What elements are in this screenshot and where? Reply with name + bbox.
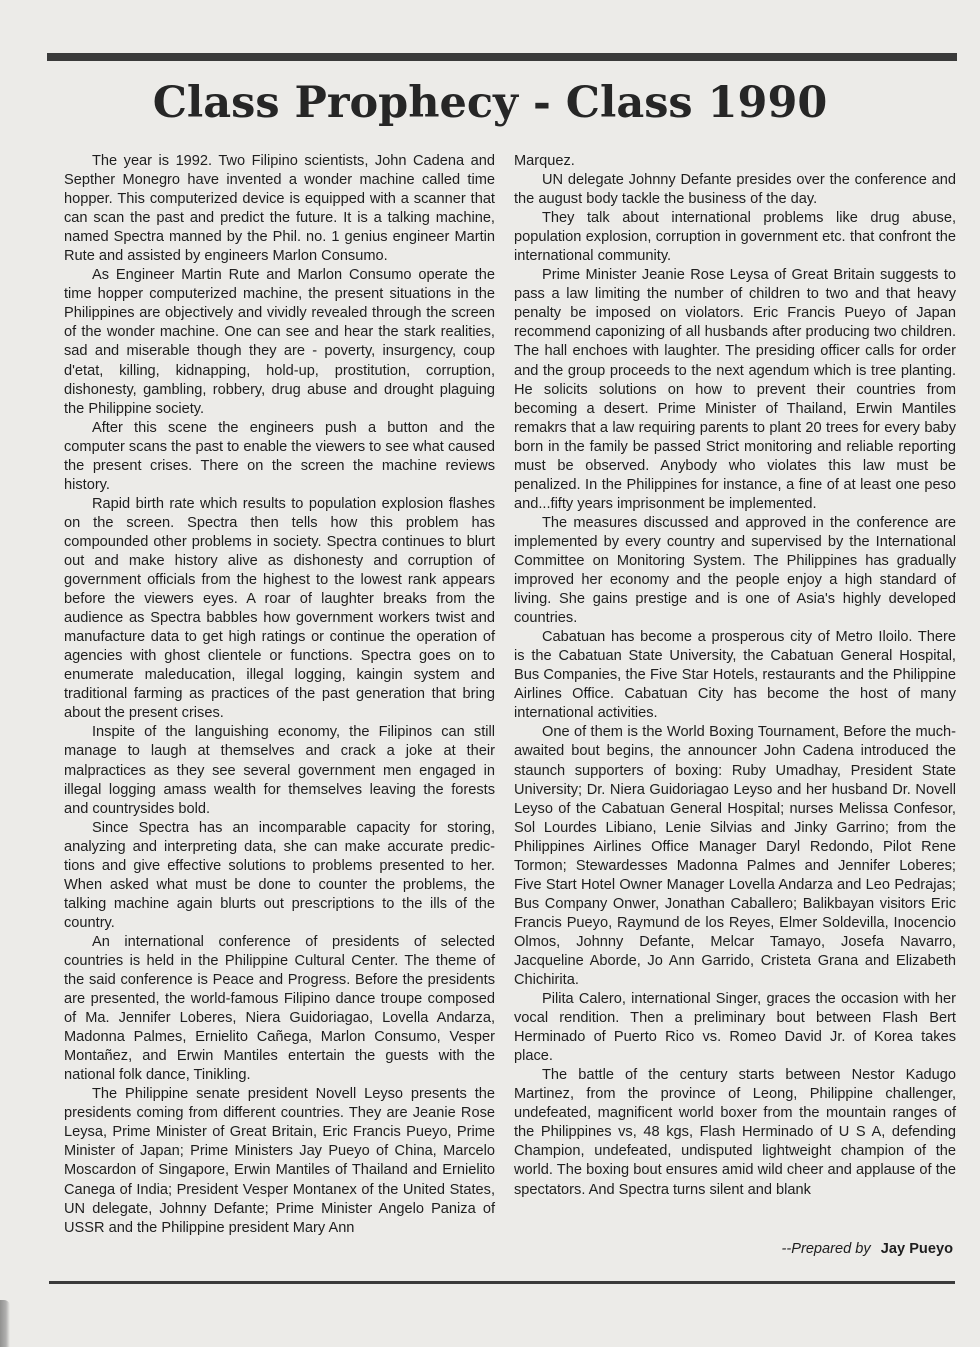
- paragraph: UN delegate Johnny Defante presides over…: [514, 171, 956, 209]
- paragraph-continuation: Marquez.: [514, 152, 956, 171]
- paragraph: The battle of the century starts between…: [514, 1066, 956, 1199]
- paragraph: After this scene the engineers push a bu…: [64, 419, 495, 495]
- scan-smudge: [0, 1300, 10, 1347]
- paragraph: Rapid birth rate which results to popula…: [64, 495, 495, 724]
- paragraph: The year is 1992. Two Filipino scientist…: [64, 152, 495, 266]
- signature-author: Jay Pueyo: [881, 1241, 953, 1257]
- paragraph: As Engineer Martin Rute and Marlon Consu…: [64, 266, 495, 418]
- paragraph: One of them is the World Boxing Tourname…: [514, 723, 956, 990]
- paragraph: The Philippine senate president Novell L…: [64, 1085, 495, 1237]
- paragraph: The measures discussed and approved in t…: [514, 514, 956, 628]
- yearbook-page: Class Prophecy - Class 1990 The year is …: [0, 0, 980, 1347]
- paragraph: Pilita Calero, international Singer, gra…: [514, 990, 956, 1066]
- paragraph: Inspite of the languishing economy, the …: [64, 723, 495, 818]
- page-title: Class Prophecy - Class 1990: [0, 78, 980, 128]
- right-column: Marquez. UN delegate Johnny Defante pres…: [514, 152, 956, 1200]
- paragraph: An international conference of president…: [64, 933, 495, 1085]
- left-column: The year is 1992. Two Filipino scientist…: [64, 152, 495, 1238]
- bottom-rule: [49, 1281, 955, 1284]
- top-rule: [47, 53, 957, 61]
- paragraph: Cabatuan has become a prosperous city of…: [514, 628, 956, 723]
- signature-prefix: --Prepared by: [782, 1241, 871, 1257]
- paragraph: Since Spectra has an incomparable capaci…: [64, 819, 495, 933]
- signature: --Prepared by Jay Pueyo: [782, 1241, 954, 1257]
- paragraph: Prime Minister Jeanie Rose Leysa of Grea…: [514, 266, 956, 514]
- paragraph: They talk about international problems l…: [514, 209, 956, 266]
